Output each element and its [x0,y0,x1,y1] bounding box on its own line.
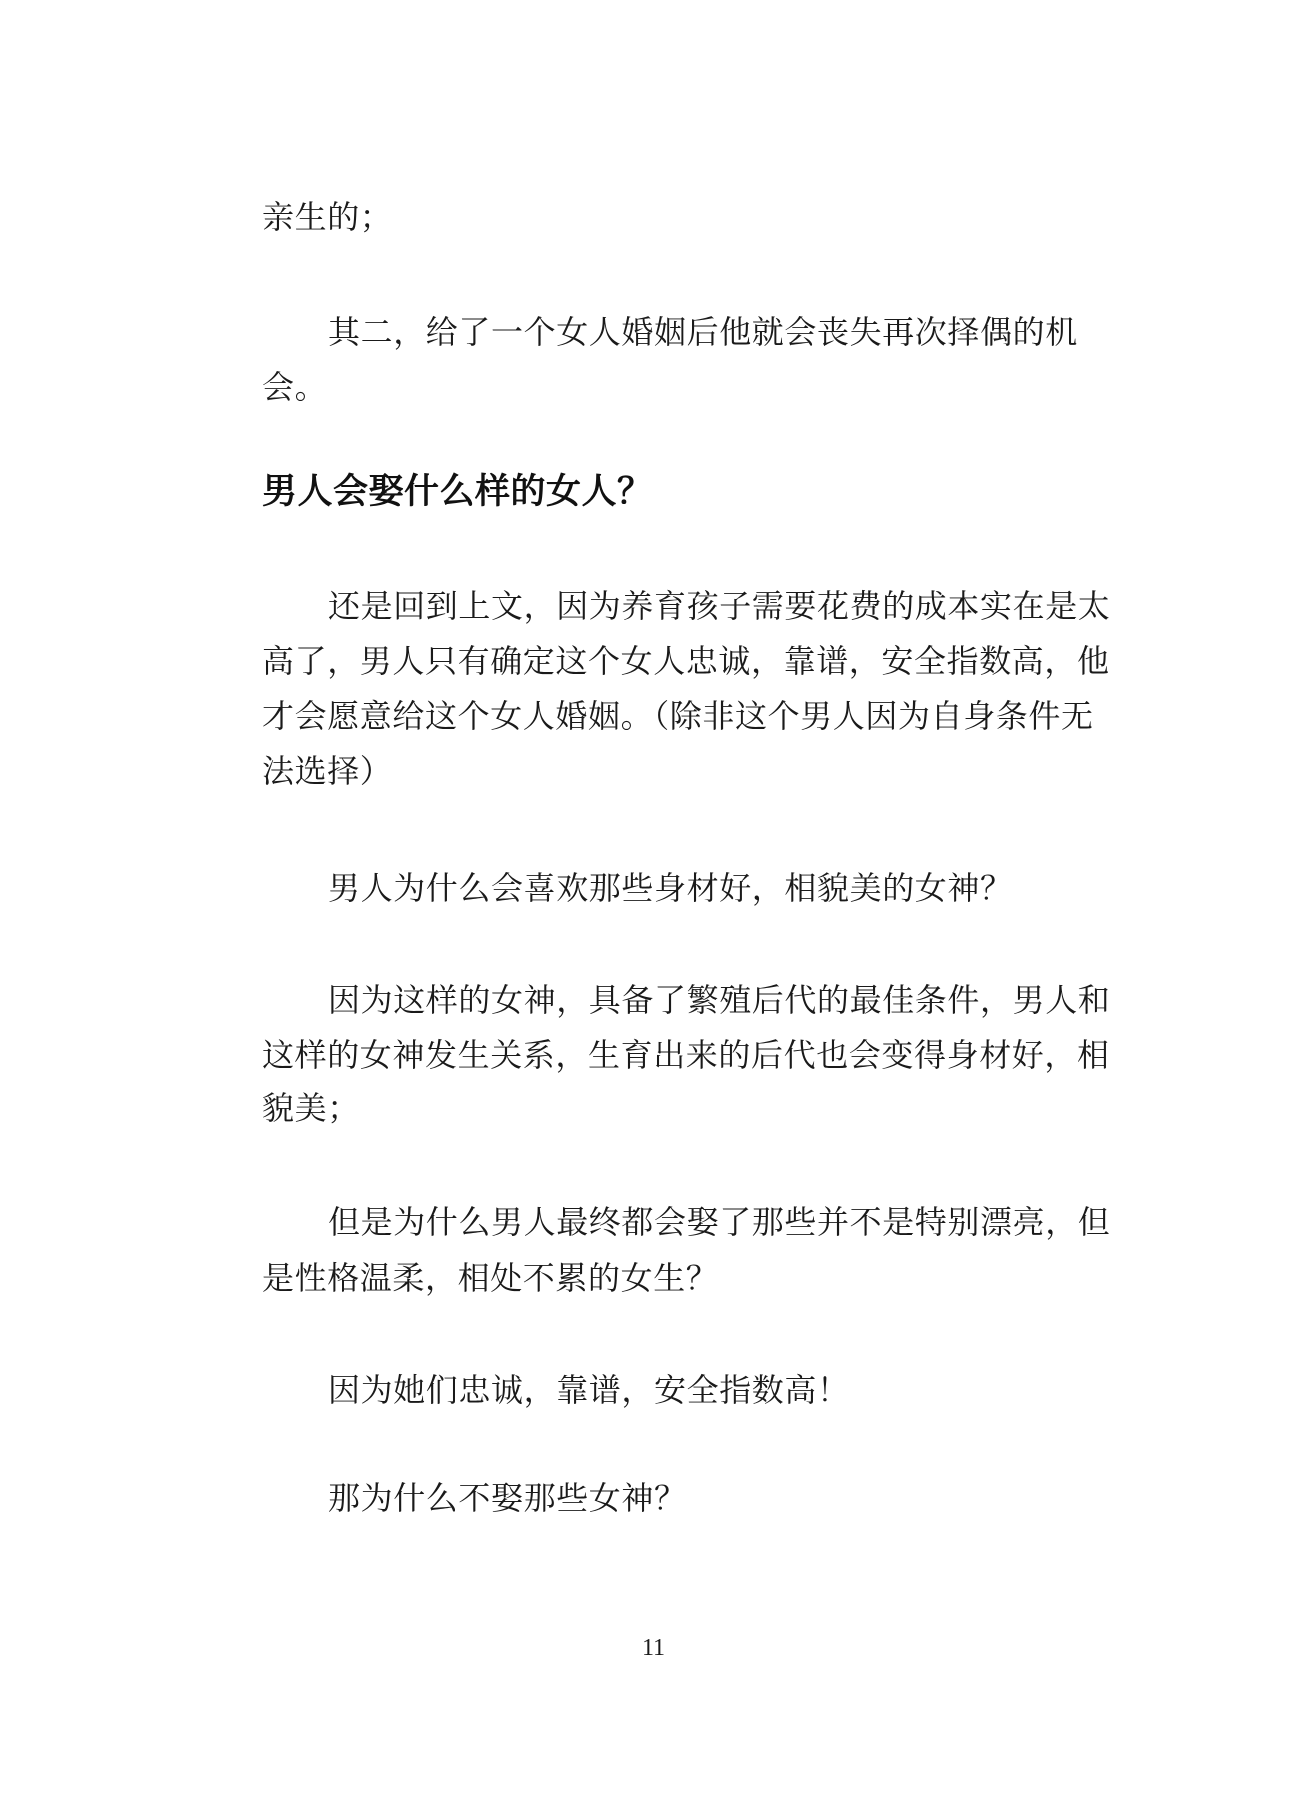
text-line: 这样的女神发生关系，生育出来的后代也会变得身材好，相 [262,1035,1110,1075]
paragraph-first-line: 男人为什么会喜欢那些身材好，相貌美的女神？ [328,868,1013,908]
text-line: 才会愿意给这个女人婚姻。（除非这个男人因为自身条件无 [262,696,1094,736]
text-line: 法选择） [262,751,392,791]
page-number: 11 [0,1633,1307,1663]
text-line: 亲生的； [262,197,392,237]
document-page: 亲生的； 其二，给了一个女人婚姻后他就会丧失再次择偶的机 会。 男人会娶什么样的… [0,0,1307,1803]
section-heading: 男人会娶什么样的女人？ [262,470,653,514]
text-line: 会。 [262,367,327,407]
text-line: 高了，男人只有确定这个女人忠诚，靠谱，安全指数高，他 [262,641,1110,681]
paragraph-first-line: 还是回到上文，因为养育孩子需要花费的成本实在是太 [328,586,1110,626]
paragraph-first-line: 因为这样的女神，具备了繁殖后代的最佳条件，男人和 [328,980,1110,1020]
paragraph-first-line: 那为什么不娶那些女神？ [328,1478,687,1518]
text-line: 是性格温柔，相处不累的女生？ [262,1258,718,1298]
paragraph-first-line: 因为她们忠诚，靠谱，安全指数高！ [328,1370,850,1410]
text-line: 貌美； [262,1088,360,1128]
paragraph-first-line: 其二，给了一个女人婚姻后他就会丧失再次择偶的机 [328,312,1078,352]
paragraph-first-line: 但是为什么男人最终都会娶了那些并不是特别漂亮，但 [328,1202,1110,1242]
